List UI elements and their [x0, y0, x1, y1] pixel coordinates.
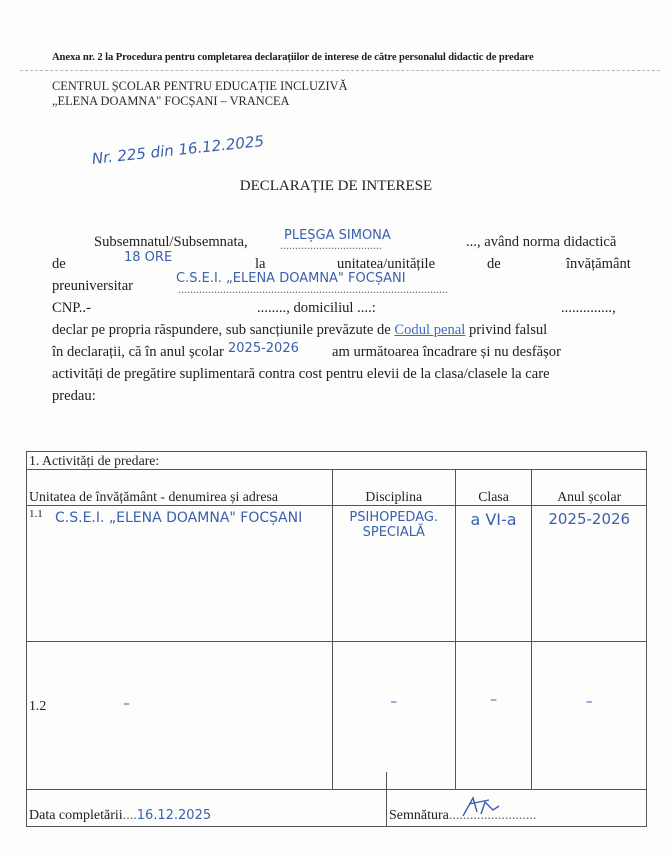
- school-year-field[interactable]: 2025-2026: [228, 341, 299, 356]
- declaration-line-7: activități de pregătire suplimentară con…: [52, 366, 637, 388]
- date-label: Data completării: [29, 808, 123, 823]
- falsul-text: privind falsul: [469, 322, 547, 338]
- header-discipline: Disciplina: [332, 470, 455, 506]
- header-class: Clasa: [455, 470, 532, 506]
- row-class-cell[interactable]: a VI-a: [455, 506, 532, 642]
- invatamant-label: învățământ: [566, 256, 631, 273]
- institution-name: CENTRUL ȘCOLAR PENTRU EDUCAȚIE INCLUZIVĂ: [52, 79, 348, 94]
- row-year: 2025-2026: [534, 506, 644, 528]
- preuniversitar-label: preuniversitar: [52, 278, 133, 295]
- unit-name-field[interactable]: C.S.E.I. „ELENA DOAMNA" FOCȘANI: [176, 271, 406, 286]
- page-title: DECLARAȚIE DE INTERESE: [0, 178, 672, 195]
- footer-box: Data completării....16.12.2025 Semnătura…: [26, 772, 647, 827]
- row-number: 1.1: [29, 508, 43, 520]
- header-divider: [20, 70, 660, 71]
- signature-field[interactable]: Semnătura.........................: [389, 808, 536, 824]
- footer-divider: [386, 772, 387, 826]
- row-number: 1.2: [29, 698, 46, 714]
- institution-city: „ELENA DOAMNA" FOCȘANI – VRANCEA: [52, 94, 290, 109]
- header-year: Anul școlar: [532, 470, 647, 506]
- norma-field[interactable]: 18 ORE: [124, 250, 172, 265]
- row-discipline-cell[interactable]: –: [332, 642, 455, 790]
- cnp-field[interactable]: CNP..-: [52, 300, 91, 317]
- row-class: –: [458, 642, 530, 708]
- row-discipline: PSIHOPEDAG. SPECIALĂ: [335, 506, 453, 540]
- section-title: 1. Activități de predare:: [27, 452, 647, 470]
- header-unit: Unitatea de învățământ - denumirea și ad…: [27, 470, 333, 506]
- row-class: a VI-a: [458, 506, 530, 529]
- domiciliu-field[interactable]: ..............,: [561, 300, 616, 317]
- table-row: 1.2 – – – –: [27, 642, 647, 790]
- de2-label: de: [487, 256, 501, 273]
- declar-text: declar pe propria răspundere, sub sancți…: [52, 322, 391, 338]
- registration-number: Nr. 225 din 16.12.2025: [91, 132, 265, 168]
- signature-label: Semnătura: [389, 808, 449, 823]
- declaration-line-8: predau:: [52, 388, 637, 410]
- an-scolar-label: în declarații, că în anul școlar: [52, 344, 224, 361]
- row-unit: –: [123, 696, 130, 712]
- declaration-line-4: CNP..- ........, domiciliul ....: ......…: [52, 300, 637, 322]
- row-discipline: –: [335, 642, 453, 710]
- incadrare-text: am următoarea încadrare și nu desfășor: [332, 344, 561, 361]
- signature-scribble-icon: [459, 792, 503, 822]
- row-unit: C.S.E.I. „ELENA DOAMNA" FOCȘANI: [29, 506, 305, 526]
- row-class-cell[interactable]: –: [455, 642, 532, 790]
- domiciliu-label: ........, domiciliul ....:: [257, 300, 376, 317]
- name-field[interactable]: PLEȘGA SIMONA: [284, 228, 391, 243]
- table-row: 1.1 C.S.E.I. „ELENA DOAMNA" FOCȘANI PSIH…: [27, 506, 647, 642]
- codul-penal-link[interactable]: Codul penal: [394, 322, 465, 338]
- activities-table: 1. Activități de predare: Unitatea de în…: [26, 451, 647, 790]
- declaration-line-3: preuniversitar .........................…: [52, 278, 637, 300]
- de-label: de: [52, 256, 66, 273]
- row-unit-cell[interactable]: 1.1 C.S.E.I. „ELENA DOAMNA" FOCȘANI: [27, 506, 333, 642]
- declaration-line-5: declar pe propria răspundere, sub sancți…: [52, 322, 637, 344]
- subsemnatul-label: Subsemnatul/Subsemnata,: [94, 234, 248, 251]
- row-year: –: [534, 642, 644, 710]
- date-value: 16.12.2025: [137, 808, 211, 823]
- declaration-line-6: în declarații, că în anul școlar 2025-20…: [52, 344, 637, 366]
- date-field[interactable]: Data completării....16.12.2025: [29, 808, 211, 824]
- row-unit-cell[interactable]: 1.2 –: [27, 642, 333, 790]
- row-year-cell[interactable]: –: [532, 642, 647, 790]
- norma-label: ..., având norma didactică: [466, 234, 616, 251]
- row-year-cell[interactable]: 2025-2026: [532, 506, 647, 642]
- row-discipline-cell[interactable]: PSIHOPEDAG. SPECIALĂ: [332, 506, 455, 642]
- annex-header: Anexa nr. 2 la Procedura pentru completa…: [52, 52, 534, 63]
